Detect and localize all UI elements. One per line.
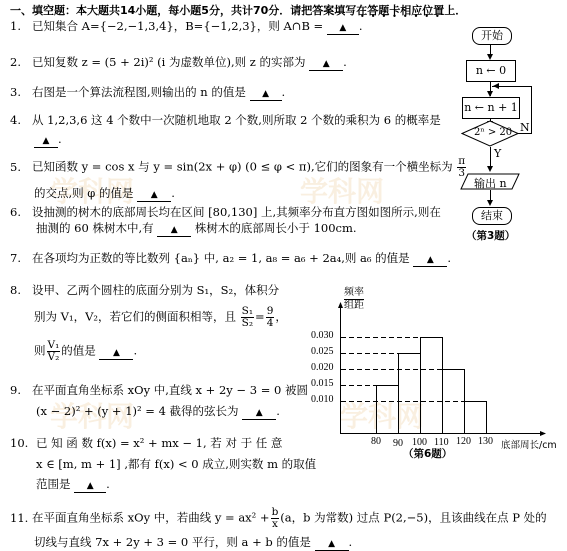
fraction: bx xyxy=(271,507,280,530)
question-number: 6. xyxy=(10,205,32,219)
emphasis-dots: •••••••• xyxy=(360,12,446,21)
answer-blank[interactable]: ▲ xyxy=(157,224,191,237)
fraction: V₁V₂ xyxy=(47,340,61,363)
fraction: S₁S₂ xyxy=(241,306,254,329)
x-tick: 130 xyxy=(478,436,493,447)
flowchart-condition: 2ⁿ > 20 xyxy=(474,127,512,138)
question-5: 5.已知函数 y = cos x 与 y = sin(2x + φ) (0 ≤ … xyxy=(10,156,467,179)
question-number: 3. xyxy=(10,85,32,99)
question-number: 9. xyxy=(10,383,32,397)
answer-blank[interactable]: ▲ xyxy=(309,58,343,71)
question-number: 1. xyxy=(10,19,32,33)
question-7: 7.在各项均为正数的等比数列 {aₙ} 中, a₂ = 1, a₈ = a₆ +… xyxy=(10,251,451,267)
question-11-line2: 切线与直线 7x + 2y + 3 = 0 平行，则 a + b 的值是 ▲. xyxy=(34,535,352,551)
answer-blank[interactable]: ▲ xyxy=(74,480,106,493)
question-10-line2: x ∈ [m, m + 1] ,都有 f(x) < 0 成立,则实数 m 的取值 xyxy=(36,457,316,471)
question-10: 10.已 知 函 数 f(x) = x² + mx − 1, 若 对 于 任 意 xyxy=(10,436,282,450)
x-tick: 120 xyxy=(456,436,471,447)
y-tick: 0.030 xyxy=(311,330,334,341)
answer-blank[interactable]: ▲ xyxy=(250,88,282,101)
answer-blank[interactable]: ▲ xyxy=(34,135,58,148)
answer-blank[interactable]: ▲ xyxy=(99,347,133,360)
question-5-line2: 的交点,则 φ 的值是 ▲. xyxy=(34,186,175,202)
answer-blank[interactable]: ▲ xyxy=(137,189,171,202)
question-3: 3.右图是一个算法流程图,则输出的 n 的值是 ▲. xyxy=(10,85,285,101)
question-6: 6.设抽测的树木的底部周长均在区间 [80,130] 上,其频率分布直方图如图所… xyxy=(10,205,441,219)
question-number: 5. xyxy=(10,160,32,174)
question-number: 10. xyxy=(10,436,36,450)
flowchart-caption: （第3题） xyxy=(466,228,515,243)
y-tick: 0.025 xyxy=(311,346,334,357)
question-number: 11. xyxy=(10,511,32,525)
question-4-line2: ▲. xyxy=(34,132,62,148)
answer-blank[interactable]: ▲ xyxy=(242,407,276,420)
question-8: 8.设甲、乙两个圆柱的底面分别为 S₁，S₂，体积分 xyxy=(10,283,279,297)
question-1: 1.已知集合 A={−2,−1,3,4}，B={−1,2,3}，则 A∩B = … xyxy=(10,19,363,35)
flowchart-end: 结束 xyxy=(472,207,512,225)
flowchart-yes-label: Y xyxy=(494,147,501,160)
question-2: 2.已知复数 z = (5 + 2i)² (i 为虚数单位),则 z 的实部为 … xyxy=(10,55,347,71)
question-9: 9.在平面直角坐标系 xOy 中,直线 x + 2y − 3 = 0 被圆 xyxy=(10,383,308,397)
histogram-plot xyxy=(300,300,560,450)
y-tick: 0.020 xyxy=(311,362,334,373)
question-number: 4. xyxy=(10,113,32,127)
answer-blank[interactable]: ▲ xyxy=(315,538,349,551)
flowchart-no-label: N xyxy=(520,121,530,134)
fraction: 94 xyxy=(266,306,275,329)
x-tick: 90 xyxy=(393,438,403,449)
question-8-line2: 别为 V₁，V₂，若它们的侧面积相等，且 S₁S₂=94， xyxy=(34,306,287,329)
flowchart-output-label: 输出 n xyxy=(474,175,507,191)
question-6-line2: 抽测的 60 株树木中,有 ▲ 株树木的底部周长小于 100cm. xyxy=(36,221,357,237)
question-8-line3: 则V₁V₂的值是 ▲. xyxy=(34,340,137,363)
question-number: 7. xyxy=(10,251,32,265)
x-axis-label: 底部周长/cm xyxy=(501,437,557,451)
flowchart-start: 开始 xyxy=(472,27,512,45)
flowchart-step: n ← n + 1 xyxy=(462,97,520,119)
y-tick: 0.010 xyxy=(311,394,334,405)
answer-blank[interactable]: ▲ xyxy=(413,254,447,267)
question-number: 2. xyxy=(10,55,32,69)
question-number: 8. xyxy=(10,283,32,297)
question-4: 4.从 1,2,3,6 这 4 个数中一次随机地取 2 个数,则所取 2 个数的… xyxy=(10,113,441,127)
answer-blank[interactable]: ▲ xyxy=(327,22,359,35)
flowchart-init: n ← 0 xyxy=(466,60,516,82)
x-tick: 80 xyxy=(371,436,381,447)
question-10-line3: 范围是 ▲. xyxy=(36,477,110,493)
question-9-line2: (x − 2)² + (y + 1)² = 4 截得的弦长为 ▲. xyxy=(36,404,280,420)
y-tick: 0.015 xyxy=(311,378,334,389)
histogram-caption: （第6题） xyxy=(403,446,452,461)
question-11: 11.在平面直角坐标系 xOy 中，若曲线 y = ax² +bx(a，b 为常… xyxy=(10,507,547,530)
